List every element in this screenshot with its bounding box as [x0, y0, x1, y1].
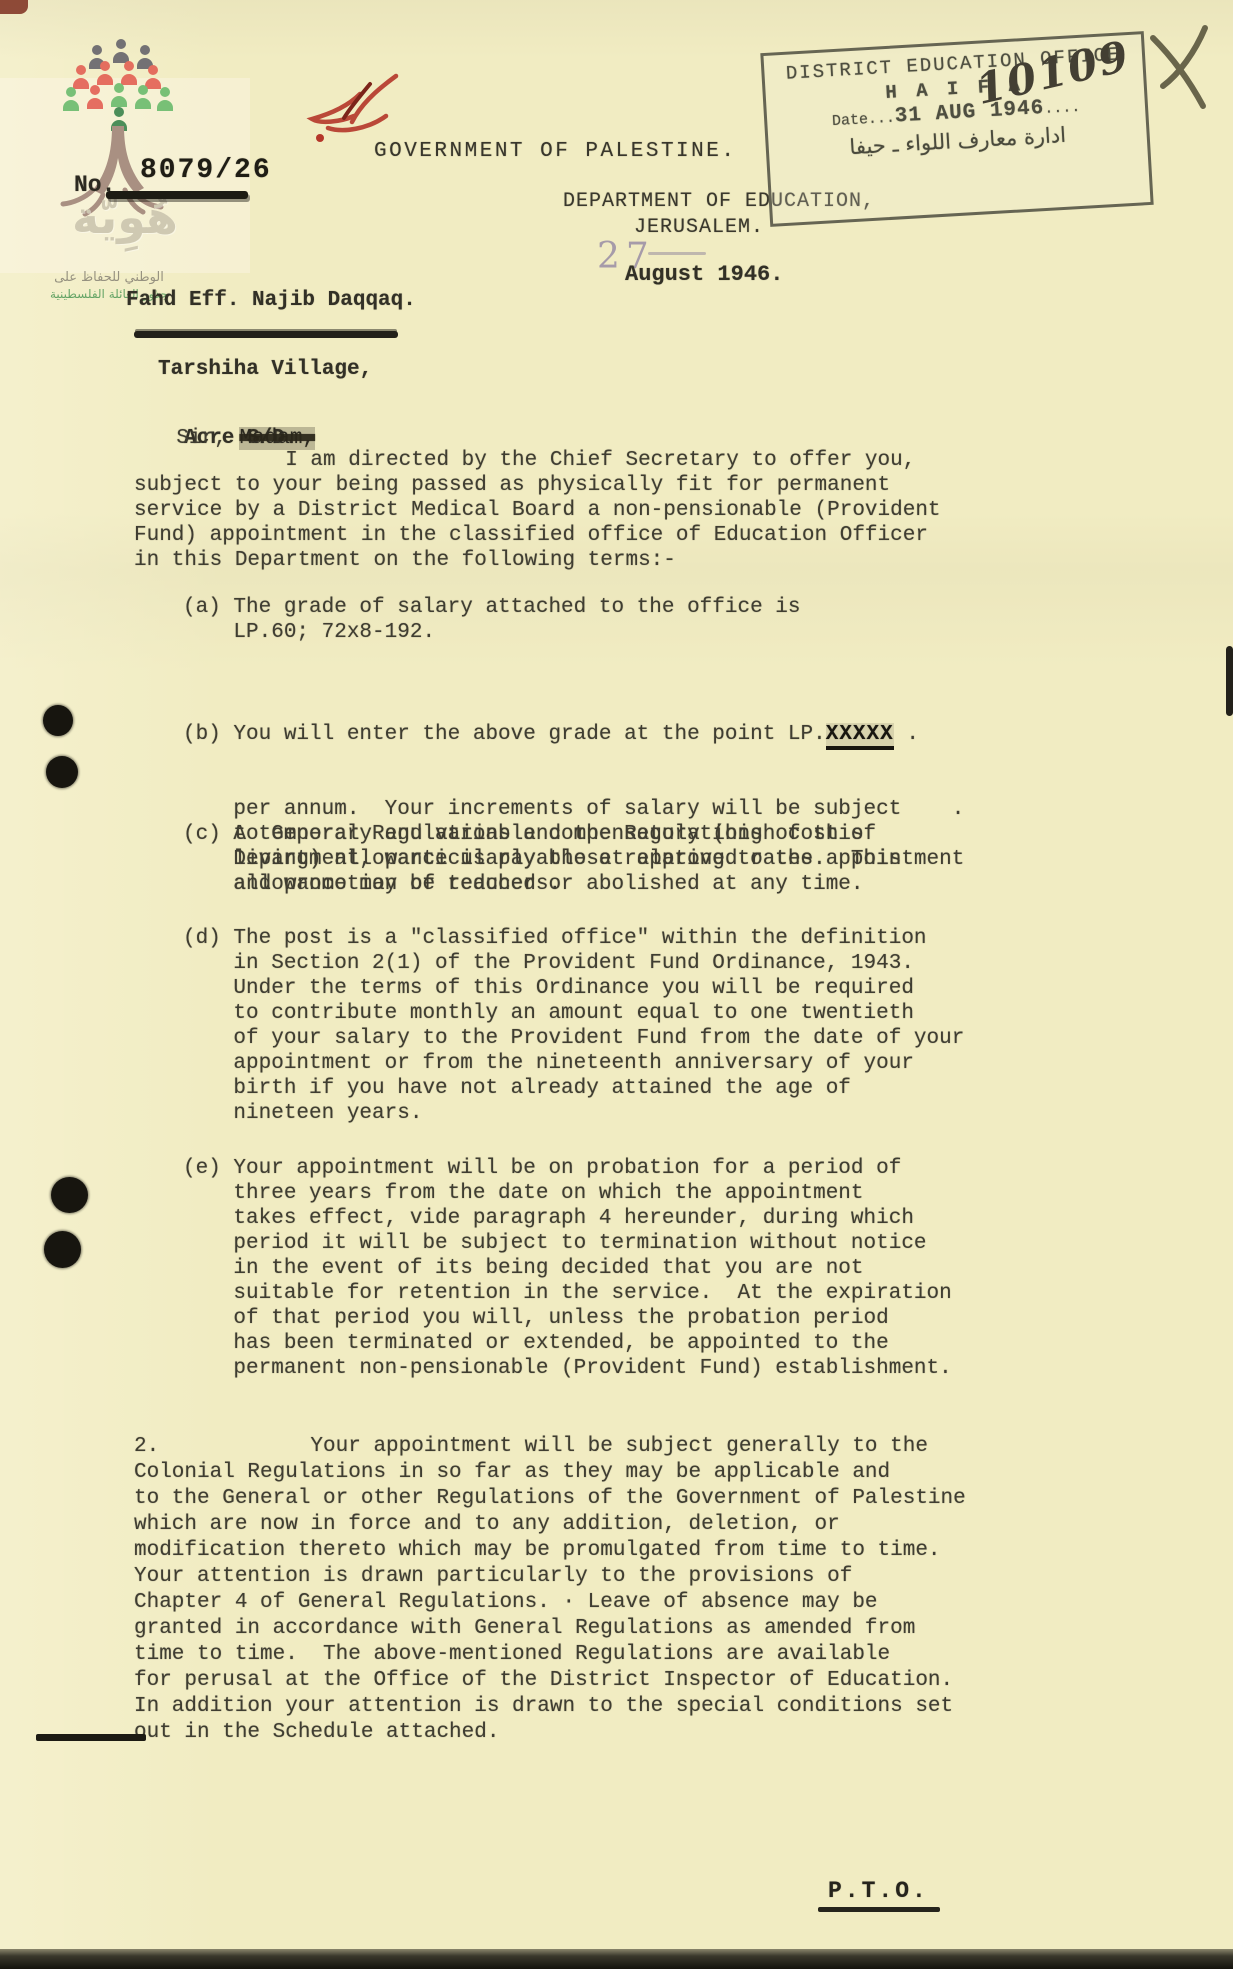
typed-line: service by a District Medical Board a no…	[134, 498, 941, 523]
typed-line: for perusal at the Office of the Distric…	[134, 1668, 966, 1694]
typed-line: LP.60; 72x8-192.	[183, 620, 801, 645]
paragraph-2: 2. Your appointment will be subject gene…	[134, 1434, 966, 1746]
ink-dot-mark	[46, 756, 78, 788]
typed-line: (e) Your appointment will be on probatio…	[183, 1156, 952, 1181]
pto-underline	[818, 1907, 940, 1912]
typed-line: (d) The post is a "classified office" wi…	[183, 926, 964, 951]
recipient-name: Fahd Eff. Najib Daqqaq.	[126, 289, 416, 312]
corner-blotch	[0, 0, 28, 14]
ink-dot-mark	[44, 1231, 81, 1268]
recipient-village: Tarshiha Village,	[158, 358, 416, 381]
stamp-date-dots-pre: ...	[867, 110, 895, 129]
typed-line: to contribute monthly an amount equal to…	[183, 1001, 964, 1026]
typed-line: In addition your attention is drawn to t…	[134, 1694, 966, 1720]
typed-line: nineteen years.	[183, 1101, 964, 1126]
typed-line: allowance may be reduced or abolished at…	[183, 872, 901, 897]
typed-line: in the event of its being decided that y…	[183, 1256, 952, 1281]
typed-line: 2. Your appointment will be subject gene…	[134, 1434, 966, 1460]
government-line: GOVERNMENT OF PALESTINE.	[374, 140, 736, 163]
typed-line: which are now in force and to any additi…	[134, 1512, 966, 1538]
term-d: (d) The post is a "classified office" wi…	[183, 926, 964, 1126]
handwritten-x-mark-icon	[1143, 22, 1227, 112]
address-underline-rule	[134, 331, 398, 338]
typed-line: permanent non-pensionable (Provident Fun…	[183, 1356, 952, 1381]
typed-line: granted in accordance with General Regul…	[134, 1616, 966, 1642]
term-e: (e) Your appointment will be on probatio…	[183, 1156, 952, 1381]
typed-line: suitable for retention in the service. A…	[183, 1281, 952, 1306]
typed-line: in this Department on the following term…	[134, 548, 941, 573]
typed-line: to the General or other Regulations of t…	[134, 1486, 966, 1512]
typed-line: of your salary to the Provident Fund fro…	[183, 1026, 964, 1051]
typed-line: Colonial Regulations in so far as they m…	[134, 1460, 966, 1486]
typed-line: Your attention is drawn particularly to …	[134, 1564, 966, 1590]
ink-dot-mark	[43, 705, 73, 736]
term-b-line1-post: .	[894, 723, 919, 746]
term-b-salary-point-mark: XXXXX	[826, 723, 894, 750]
typed-line: (c) A temporary and variable compensator…	[183, 822, 901, 847]
opening-paragraph: I am directed by the Chief Secretary to …	[134, 448, 941, 573]
typed-line: modification thereto which may be promul…	[134, 1538, 966, 1564]
typed-line: (a) The grade of salary attached to the …	[183, 595, 801, 620]
typed-line: of that period you will, unless the prob…	[183, 1306, 952, 1331]
typed-line: Under the terms of this Ordinance you wi…	[183, 976, 964, 1001]
typed-line: living) allowance is payable at approved…	[183, 847, 901, 872]
typed-line: subject to your being passed as physical…	[134, 473, 941, 498]
typed-line: out in the Schedule attached.	[134, 1720, 966, 1746]
typed-line: I am directed by the Chief Secretary to …	[134, 448, 941, 473]
typed-line: Fund) appointment in the classified offi…	[134, 523, 941, 548]
term-b-line1: (b) You will enter the above grade at th…	[183, 722, 964, 747]
typed-line: Chapter 4 of General Regulations. · Leav…	[134, 1590, 966, 1616]
term-c: (c) A temporary and variable compensator…	[183, 822, 901, 897]
page-bottom-edge	[0, 1949, 1233, 1969]
ref-no-value: 8079/26	[140, 155, 272, 186]
typed-line: per annum. Your increments of salary wil…	[183, 797, 964, 822]
typed-line: three years from the date on which the a…	[183, 1181, 952, 1206]
typed-line: appointment or from the nineteenth anniv…	[183, 1051, 964, 1076]
term-b-line1-pre: (b) You will enter the above grade at th…	[183, 723, 826, 746]
salutation-sir: Sir,	[176, 427, 239, 450]
pto-label: P.T.O.	[828, 1878, 929, 1904]
typed-line: period it will be subject to termination…	[183, 1231, 952, 1256]
salutation-madam-struck: Madam,	[239, 427, 315, 450]
stamp-date-dots-post: ....	[1044, 99, 1081, 118]
term-b: (b) You will enter the above grade at th…	[183, 672, 964, 947]
document-page: هُوِيّة الوطني للحفاظ على جذور العائلة ا…	[0, 0, 1233, 1969]
date-typed: August 1946.	[625, 262, 783, 287]
typed-line: has been terminated or extended, be appo…	[183, 1331, 952, 1356]
term-a: (a) The grade of salary attached to the …	[183, 595, 801, 645]
ink-dot-mark	[51, 1177, 88, 1213]
stamp-date-label: Date	[832, 111, 869, 130]
typed-line: takes effect, vide paragraph 4 hereunder…	[183, 1206, 952, 1231]
date-pencil-dash	[648, 252, 706, 255]
typed-line: in Section 2(1) of the Provident Fund Or…	[183, 951, 964, 976]
ref-no-underline	[106, 191, 248, 199]
typed-line: birth if you have not already attained t…	[183, 1076, 964, 1101]
right-edge-mark	[1226, 646, 1233, 716]
typed-line: time to time. The above-mentioned Regula…	[134, 1642, 966, 1668]
left-margin-dash-mark	[36, 1734, 146, 1741]
